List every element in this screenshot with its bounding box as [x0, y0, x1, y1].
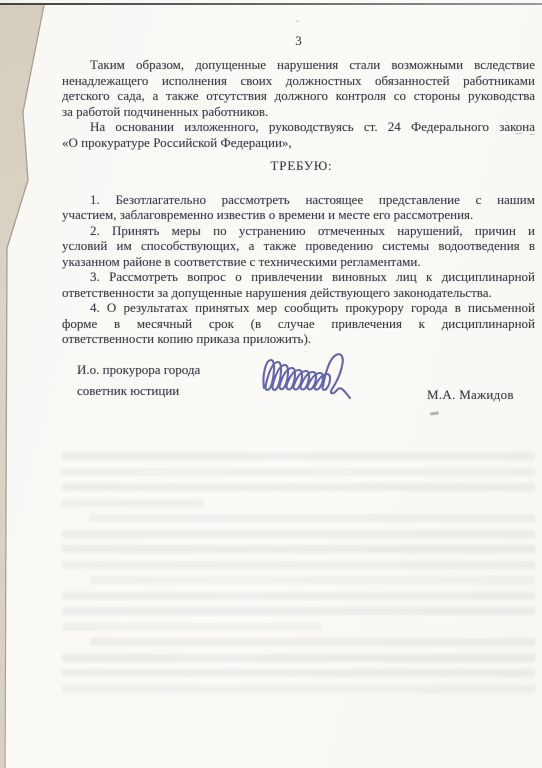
- bleed-through-text: [62, 452, 535, 700]
- text-line: за работой подчиненных работников.: [62, 104, 535, 120]
- text-line: 1. Безотлагательно рассмотреть настоящее…: [62, 192, 535, 208]
- bleed-through-line: [62, 669, 535, 677]
- bleed-through-line: [62, 483, 535, 491]
- page-number: 3: [62, 33, 535, 49]
- text-line: детского сада, а также отсутствия должно…: [62, 88, 535, 104]
- signatory-title-line2: советник юстиции: [77, 381, 200, 402]
- bleed-through-line: [62, 530, 535, 538]
- bleed-through-line: [62, 452, 535, 460]
- signature-stroke: [263, 354, 350, 398]
- text-line: участием, заблаговременно известив о вре…: [62, 207, 535, 223]
- bleed-through-line: [90, 638, 535, 646]
- handwritten-signature: [260, 352, 372, 404]
- text-line: 3. Рассмотреть вопрос о привлечении вино…: [62, 269, 535, 285]
- text-line: ответственности за допущенные нарушения …: [62, 285, 535, 301]
- bleed-through-line: [62, 685, 535, 693]
- text-line: указанном районе в соответствие с технич…: [62, 254, 535, 270]
- text-line: условий им способствующих, а также прове…: [62, 238, 535, 254]
- text-line: На основании изложенного, руководствуясь…: [62, 119, 535, 135]
- pencil-mark: ’: [505, 119, 509, 131]
- ink-smudge: [430, 411, 439, 415]
- bleed-through-line: [90, 576, 535, 584]
- bleed-through-line: [62, 545, 535, 553]
- text-line: форме в месячный срок (в случае привлече…: [62, 316, 535, 332]
- bleed-through-line: [62, 623, 322, 631]
- signatory-title: И.о. прокурора города советник юстиции: [77, 360, 200, 401]
- scanned-document-page: { "page": { "number": "3" }, "document":…: [0, 0, 542, 768]
- text-line: «О прокуратуре Российской Федерации»,: [62, 135, 535, 151]
- demand-heading: ТРЕБУЮ:: [65, 158, 538, 174]
- scan-speck: [296, 20, 299, 22]
- document-body: Таким образом, допущенные нарушения стал…: [62, 57, 535, 347]
- text-line: 2. Принять меры по устранению отмеченных…: [62, 223, 535, 239]
- scanner-bed-strip: [0, 5, 48, 768]
- bleed-through-line: [90, 514, 535, 522]
- bleed-through-line: [62, 654, 535, 662]
- text-line: ненадлежащего исполнения своих должностн…: [62, 73, 535, 89]
- text-line: ответственности копию приказа приложить)…: [62, 331, 535, 347]
- bleed-through-line: [62, 607, 535, 615]
- signatory-title-line1: И.о. прокурора города: [77, 360, 200, 381]
- signatory-name: М.А. Мажидов: [427, 387, 514, 403]
- scan-top-edge: [0, 3, 542, 5]
- bleed-through-line: [62, 561, 535, 569]
- bleed-through-line: [62, 468, 535, 476]
- bleed-through-line: [62, 499, 204, 507]
- text-line: Таким образом, допущенные нарушения стал…: [62, 57, 535, 73]
- bleed-through-line: [62, 592, 535, 600]
- text-line: 4. О результатах принятых мер сообщить п…: [62, 300, 535, 316]
